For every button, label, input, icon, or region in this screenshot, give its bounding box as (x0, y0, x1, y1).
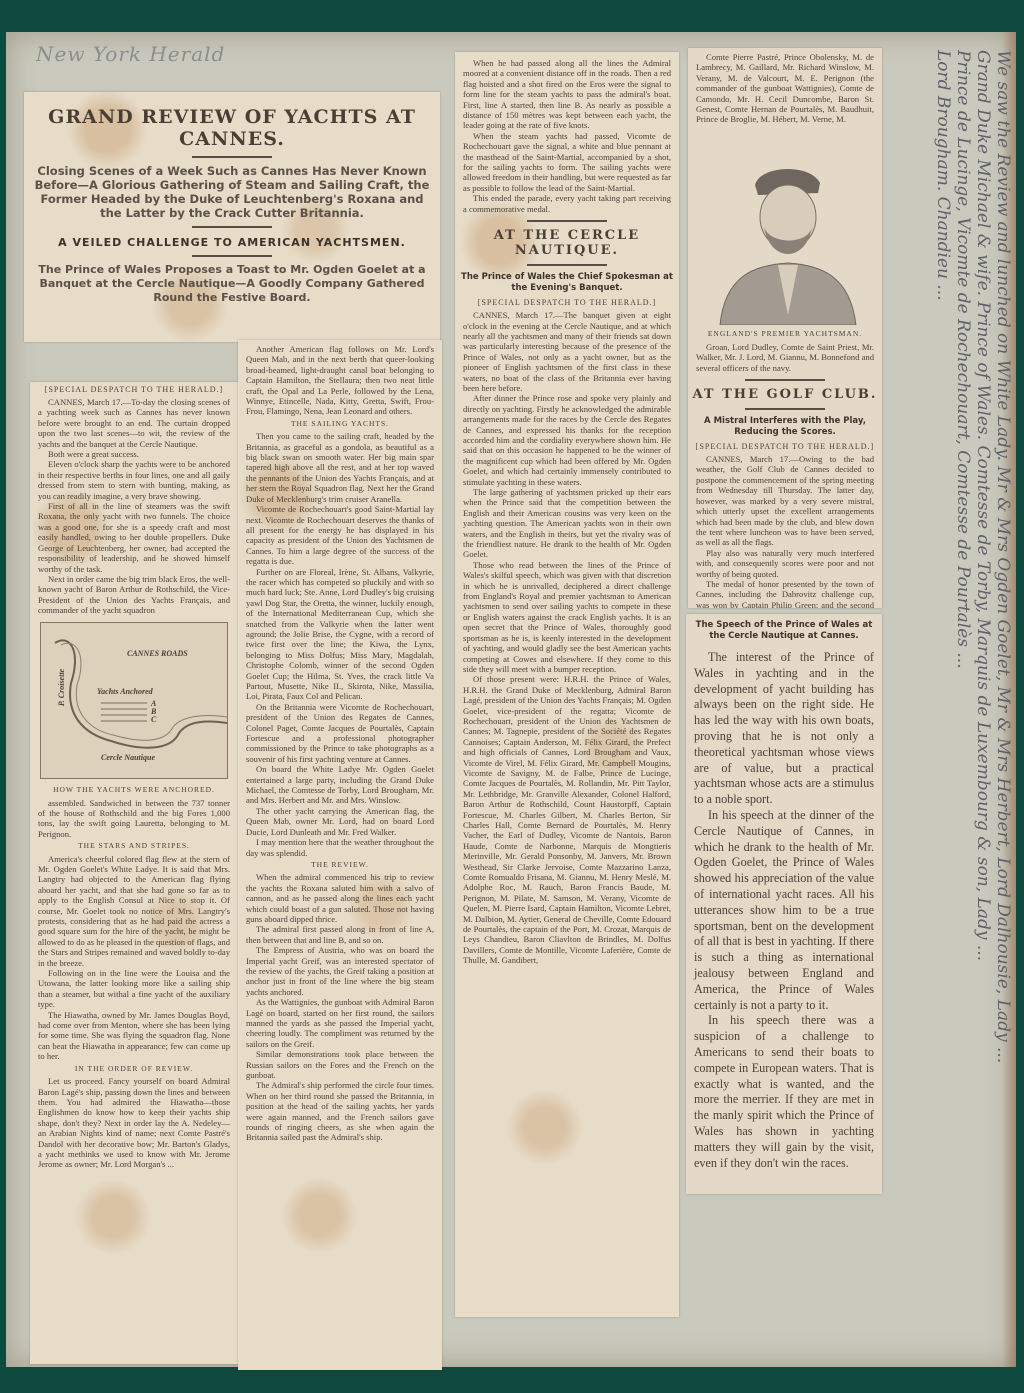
column-4-top-clipping: Comte Pierre Pastré, Prince Obolensky, M… (688, 48, 882, 608)
dateline-head: [SPECIAL DESPATCH TO THE HERALD.] (455, 298, 679, 307)
paragraph: As the Wattignies, the gunboat with Admi… (246, 997, 434, 1049)
speech-body: The interest of the Prince of Wales in y… (686, 646, 882, 1175)
inner-heading: THE REVIEW. (246, 860, 434, 870)
column-4-body-after-portrait: Groan, Lord Dudley, Comte de Saint Pries… (688, 342, 882, 373)
column-3-clipping: When he had passed along all the lines t… (455, 52, 679, 1317)
paragraph: On board the White Ladye Mr. Ogden Goele… (246, 764, 434, 806)
map-left-label: P. Croisette (57, 668, 66, 705)
margin-note-line: Lord Brougham. Chandieu ... (933, 50, 953, 301)
margin-note-line: Grand Duke Michael & wife. Prince of Wal… (973, 50, 993, 961)
divider (527, 220, 607, 222)
anchorage-map: CANNES ROADS Yachts Anchored A B C P. Cr… (40, 622, 228, 779)
portrait-drawing (700, 135, 870, 325)
column-2-clipping: Another American flag follows on Mr. Lor… (238, 340, 442, 1370)
map-anchored-label: Yachts Anchored (97, 687, 153, 696)
paragraph: The admiral first passed along in front … (246, 924, 434, 945)
paragraph: The interest of the Prince of Wales in y… (694, 650, 874, 808)
headline-clipping: GRAND REVIEW OF YACHTS AT CANNES. Closin… (24, 92, 440, 342)
paragraph: Groan, Lord Dudley, Comte de Saint Pries… (696, 342, 874, 373)
paragraph: Those who read between the lines of the … (463, 560, 671, 674)
paragraph: Further on are Floreal, Irène, St. Alban… (246, 567, 434, 702)
paragraph: I may mention here that the weather thro… (246, 837, 434, 858)
paragraph: CANNES, March 17.—Owing to the bad weath… (696, 454, 874, 548)
paragraph: America's cheerful colored flag flew at … (38, 854, 230, 968)
map-bottom-label: Cercle Nautique (101, 753, 155, 762)
paragraph: Comte Pierre Pastré, Prince Obolensky, M… (696, 52, 874, 125)
paragraph: Then you came to the sailing craft, head… (246, 431, 434, 504)
paragraph: The medal of honor presented by the town… (696, 579, 874, 608)
column-1-body-continued: assembled. Sandwiched in between the 737… (30, 798, 238, 1170)
column-4-body-top: Comte Pierre Pastré, Prince Obolensky, M… (688, 48, 882, 125)
subheadline-deck: The Prince of Wales Proposes a Toast to … (24, 263, 440, 305)
paragraph: Following on in the line were the Louisa… (38, 968, 230, 1010)
divider (745, 408, 825, 410)
paragraph: The Empress of Austria, who was on board… (246, 945, 434, 997)
margin-note-line: We saw the Review and lunched on White L… (993, 50, 1013, 1063)
paragraph: Another American flag follows on Mr. Lor… (246, 344, 434, 417)
paragraph: When he had passed along all the lines t… (463, 58, 671, 131)
divider (192, 226, 272, 228)
paragraph: The Hiawatha, owned by Mr. James Douglas… (38, 1010, 230, 1062)
column-1-clipping: [SPECIAL DESPATCH TO THE HERALD.] CANNES… (30, 382, 238, 1364)
handwritten-source-note: New York Herald (36, 42, 225, 66)
paragraph: Vicomte de Rochechouart's good Saint-Mar… (246, 504, 434, 566)
paragraph: Eleven o'clock sharp the yachts were to … (38, 459, 230, 501)
paragraph: This ended the parade, every yacht takin… (463, 193, 671, 214)
paragraph: When the admiral commenced his trip to r… (246, 872, 434, 924)
paragraph: Both were a great success. (38, 449, 230, 459)
handwritten-margin-notes: We saw the Review and lunched on White L… (895, 50, 1015, 1350)
paragraph: The Admiral's ship performed the circle … (246, 1080, 434, 1142)
divider (192, 255, 272, 257)
paragraph: The large gathering of yachtsmen pricked… (463, 487, 671, 560)
portrait-caption: ENGLAND'S PREMIER YACHTSMAN. (688, 329, 882, 338)
subheadline: A VEILED CHALLENGE TO AMERICAN YACHTSMEN… (24, 236, 440, 249)
paragraph: In his speech there was a suspicion of a… (694, 1013, 874, 1171)
map-title: CANNES ROADS (127, 649, 188, 658)
column-3-body-top: When he had passed along all the lines t… (455, 52, 679, 214)
inner-heading: IN THE ORDER OF REVIEW. (38, 1064, 230, 1074)
paragraph: In his speech at the dinner of the Cercl… (694, 808, 874, 1013)
paragraph: Of those present were: H.R.H. the Prince… (463, 674, 671, 965)
column-3-body: CANNES, March 17.—The banquet given at e… (455, 310, 679, 966)
speech-editorial-clipping: The Speech of the Prince of Wales at the… (686, 614, 882, 1194)
paragraph: First of all in the line of steamers was… (38, 501, 230, 574)
paragraph: Similar demonstrations took place betwee… (246, 1049, 434, 1080)
map-caption: HOW THE YACHTS WERE ANCHORED. (30, 785, 238, 794)
paragraph: On the Britannia were Vicomte de Rochech… (246, 702, 434, 764)
column-2-body: Another American flag follows on Mr. Lor… (238, 340, 442, 1143)
headline: GRAND REVIEW OF YACHTS AT CANNES. (24, 106, 440, 150)
section-title-golf-club: AT THE GOLF CLUB. (688, 387, 882, 402)
paragraph: CANNES, March 17.—The banquet given at e… (463, 310, 671, 393)
margin-note-line: Prince de Lucinge, Vicomte de Rochechoua… (953, 50, 973, 669)
divider (527, 264, 607, 266)
headline-deck: Closing Scenes of a Week Such as Cannes … (24, 164, 440, 220)
divider (745, 379, 825, 381)
paragraph: CANNES, March 17.—To-day the closing sce… (38, 397, 230, 449)
inner-heading: THE STARS AND STRIPES. (38, 841, 230, 851)
paragraph: Play also was naturally very much interf… (696, 548, 874, 579)
paragraph: Let us proceed. Fancy yourself on board … (38, 1076, 230, 1170)
divider (192, 156, 272, 158)
paragraph: assembled. Sandwiched in between the 737… (38, 798, 230, 840)
golf-body: CANNES, March 17.—Owing to the bad weath… (688, 454, 882, 608)
dateline-head: [SPECIAL DESPATCH TO THE HERALD.] (30, 385, 238, 394)
dateline-head: [SPECIAL DESPATCH TO THE HERALD.] (688, 442, 882, 451)
paragraph: Next in order came the big trim black Er… (38, 574, 230, 616)
paragraph: After dinner the Prince rose and spoke v… (463, 393, 671, 487)
paragraph: The other yacht carrying the American fl… (246, 806, 434, 837)
portrait-illustration (700, 135, 870, 325)
section-deck: The Prince of Wales the Chief Spokesman … (455, 272, 679, 294)
map-line-c: C (151, 715, 156, 724)
golf-deck: A Mistral Interferes with the Play, Redu… (688, 416, 882, 438)
speech-title: The Speech of the Prince of Wales at the… (686, 620, 882, 642)
section-title-cercle-nautique: AT THE CERCLE NAUTIQUE. (455, 228, 679, 258)
inner-heading: THE SAILING YACHTS. (246, 419, 434, 429)
paragraph: When the steam yachts had passed, Vicomt… (463, 131, 671, 193)
column-1-body: CANNES, March 17.—To-day the closing sce… (30, 397, 238, 616)
